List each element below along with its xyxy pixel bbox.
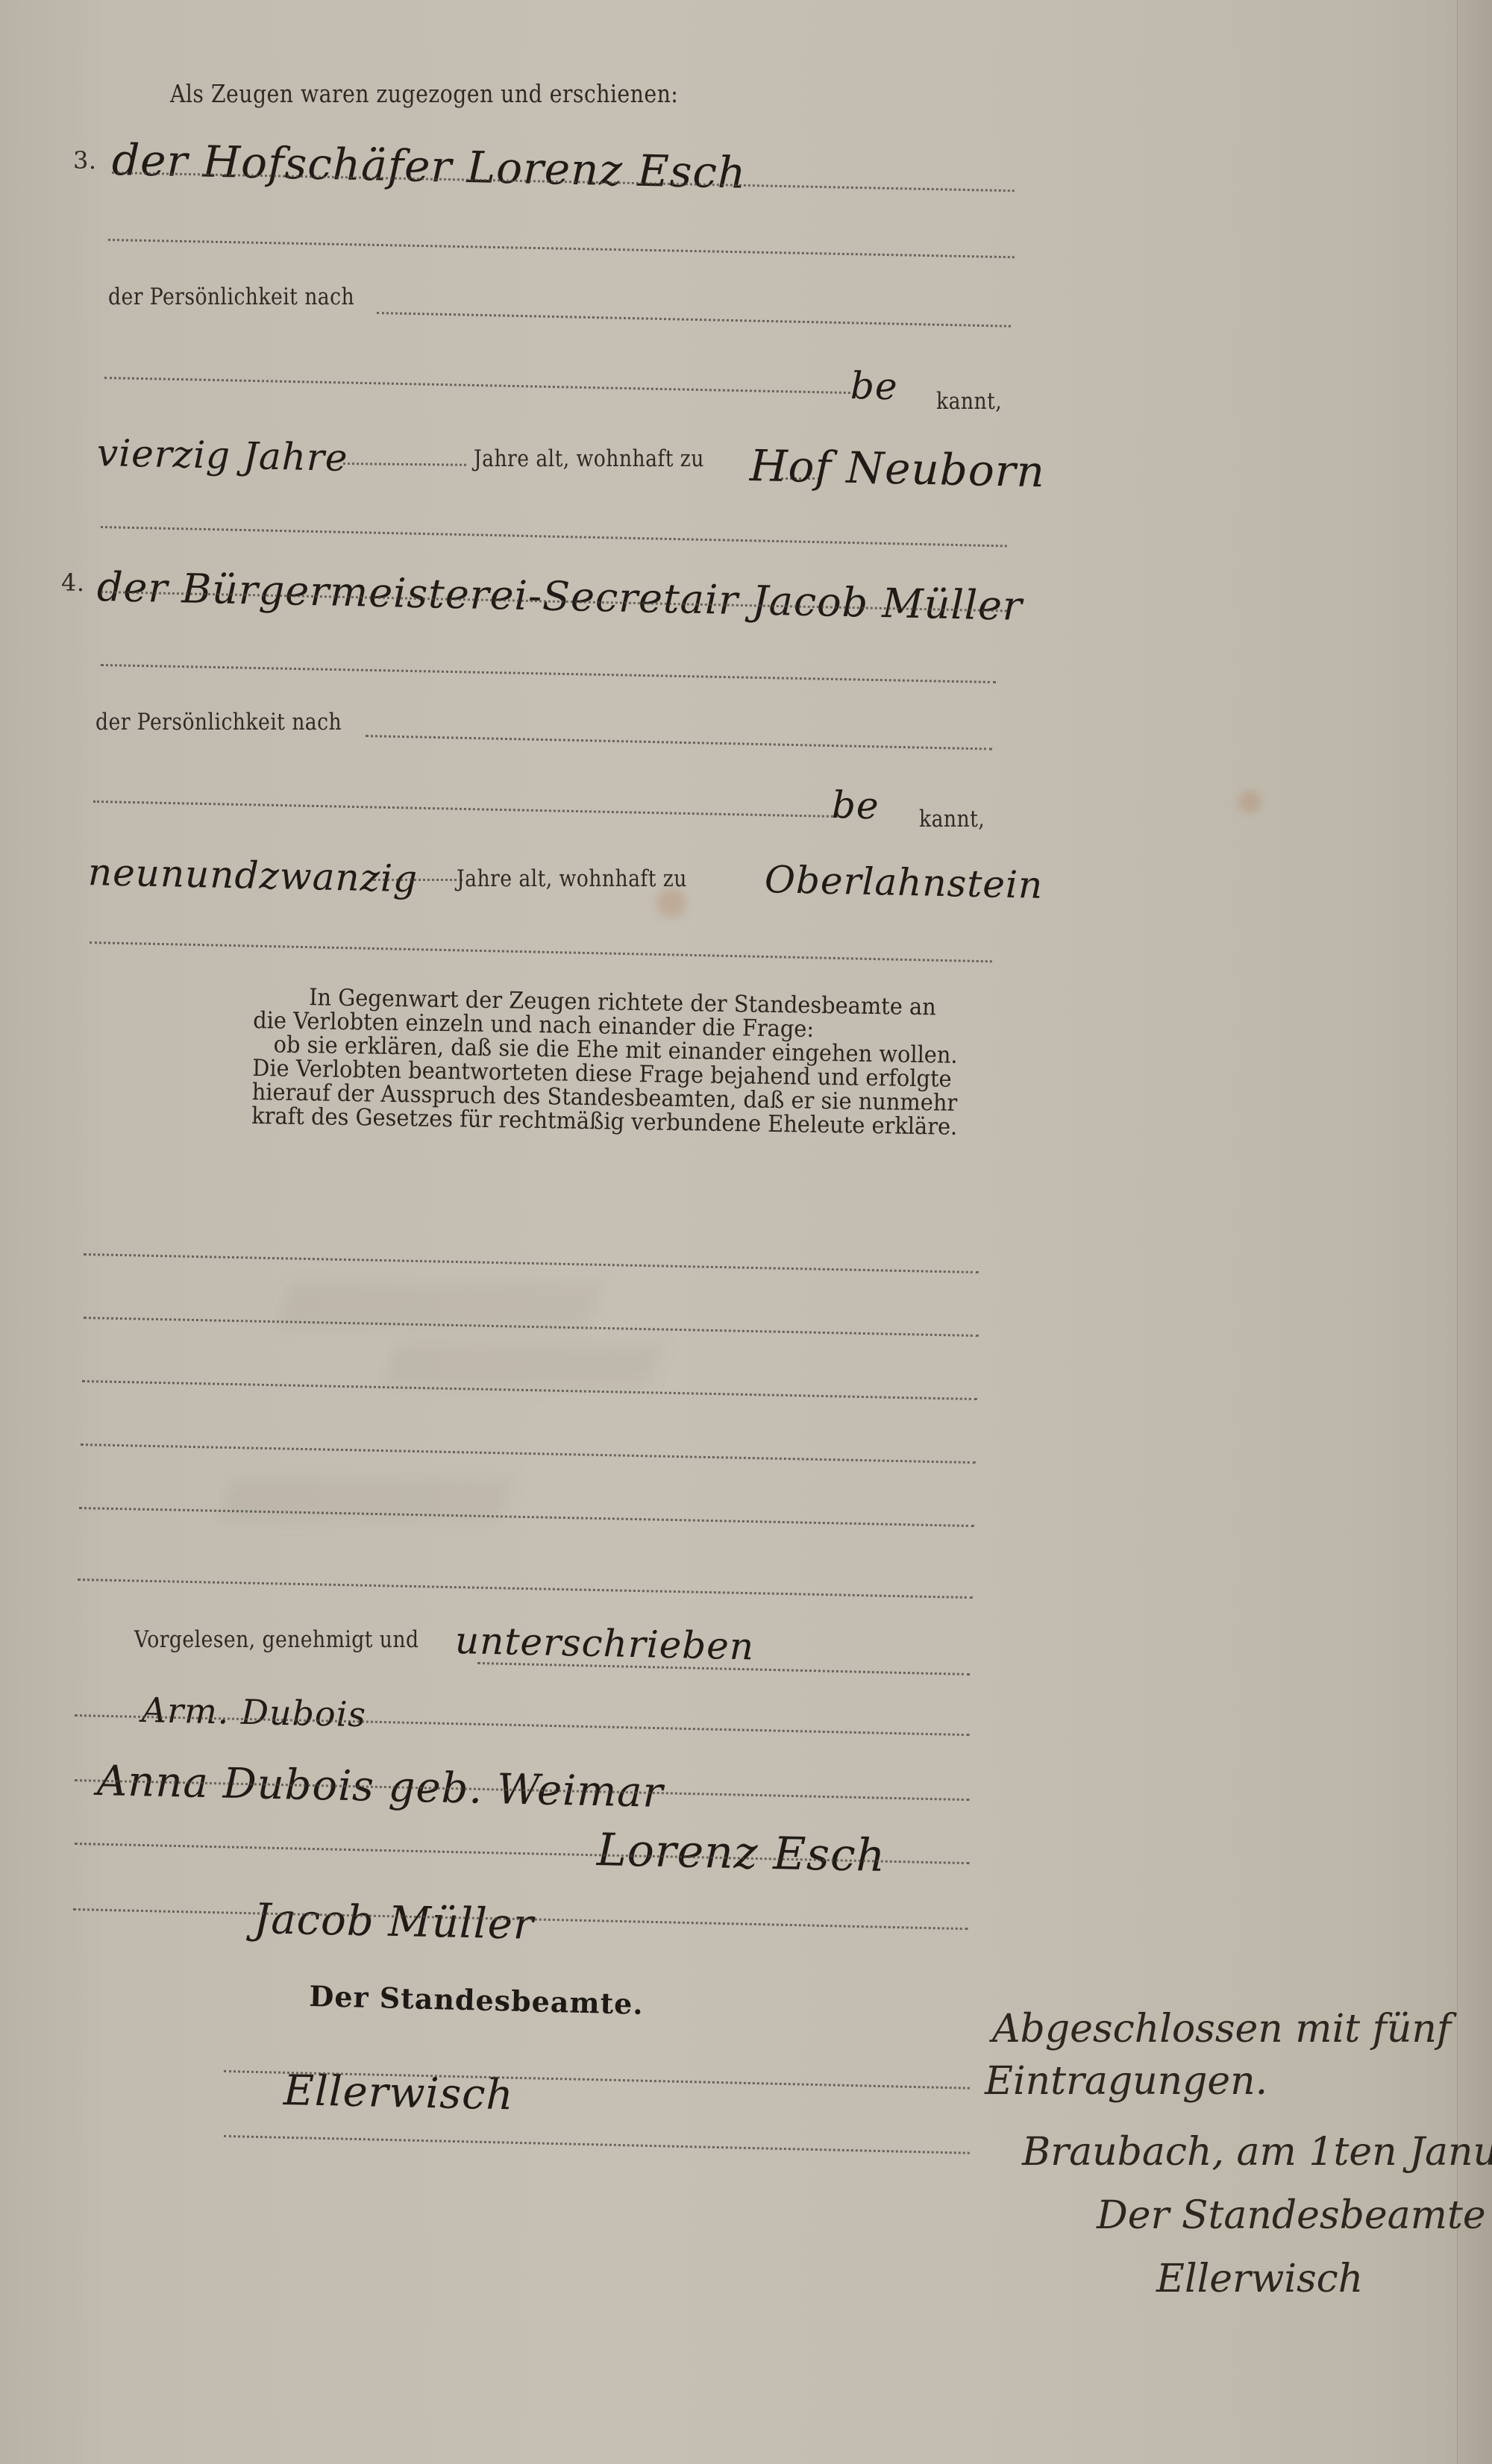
- dotted-line: [79, 1507, 974, 1527]
- identity-label: der Persönlichkeit nach: [108, 283, 354, 310]
- dotted-line: [101, 526, 1007, 547]
- known-suffix: kannt,: [919, 806, 985, 833]
- age-field[interactable]: vierzig Jahre: [96, 431, 348, 480]
- dotted-line: [81, 1443, 976, 1464]
- stain: [656, 888, 686, 918]
- declaration-paragraph: In Gegenwart der Zeugen richtete der Sta…: [251, 985, 947, 1139]
- age-label: Jahre alt, wohnhaft zu: [474, 445, 704, 472]
- dotted-line: [93, 800, 847, 818]
- dotted-line: [84, 1253, 979, 1273]
- dotted-line: [108, 239, 1015, 258]
- witness-name-field[interactable]: der Hofschäfer Lorenz Esch: [111, 134, 747, 198]
- witness-number: 3.: [73, 146, 97, 175]
- dotted-line: [377, 312, 1011, 327]
- closing-field[interactable]: unterschrieben: [454, 1619, 754, 1668]
- residence-field[interactable]: Hof Neuborn: [749, 440, 1045, 497]
- margin-note-line: Braubach, am 1ten Januar: [1022, 2130, 1492, 2175]
- dotted-line: [104, 377, 850, 394]
- witness-number: 4.: [61, 568, 85, 597]
- page-edge: [1457, 0, 1492, 2464]
- signature: Lorenz Esch: [596, 1824, 886, 1882]
- margin-note-line: Ellerwisch: [1156, 2257, 1363, 2301]
- witness-name-field[interactable]: der Bürgermeisterei-Secretair Jacob Müll…: [96, 563, 1023, 630]
- closing-label: Vorgelesen, genehmigt und: [134, 1626, 419, 1653]
- residence-field[interactable]: Oberlahnstein: [764, 858, 1043, 907]
- dotted-line: [343, 463, 466, 466]
- known-suffix: kannt,: [936, 388, 1002, 415]
- known-prefix-field[interactable]: be: [831, 783, 880, 827]
- dotted-line: [90, 941, 992, 962]
- dotted-line: [373, 879, 463, 881]
- margin-note-line: Abgeschlossen mit fünf: [992, 2007, 1451, 2051]
- dotted-line: [78, 1579, 973, 1599]
- identity-label: der Persönlichkeit nach: [95, 709, 342, 736]
- dotted-line: [224, 2135, 970, 2154]
- ink-bleed: [380, 1343, 663, 1388]
- signature: Jacob Müller: [253, 1895, 534, 1949]
- dotted-line: [101, 664, 996, 683]
- dotted-line: [366, 735, 992, 750]
- known-prefix-field[interactable]: be: [850, 364, 898, 408]
- registrar-title: Der Standesbeamte.: [309, 1979, 644, 2021]
- margin-note-line: Der Standesbeamte: [1097, 2193, 1486, 2238]
- age-label: Jahre alt, wohnhaft zu: [457, 865, 687, 892]
- witnesses-header: Als Zeugen waren zugezogen und erschiene…: [170, 79, 678, 108]
- signature: Arm. Dubois: [141, 1690, 366, 1734]
- stain: [1238, 791, 1261, 813]
- age-field[interactable]: neunundzwanzig: [87, 850, 418, 900]
- margin-note-line: Eintragungen.: [985, 2059, 1267, 2104]
